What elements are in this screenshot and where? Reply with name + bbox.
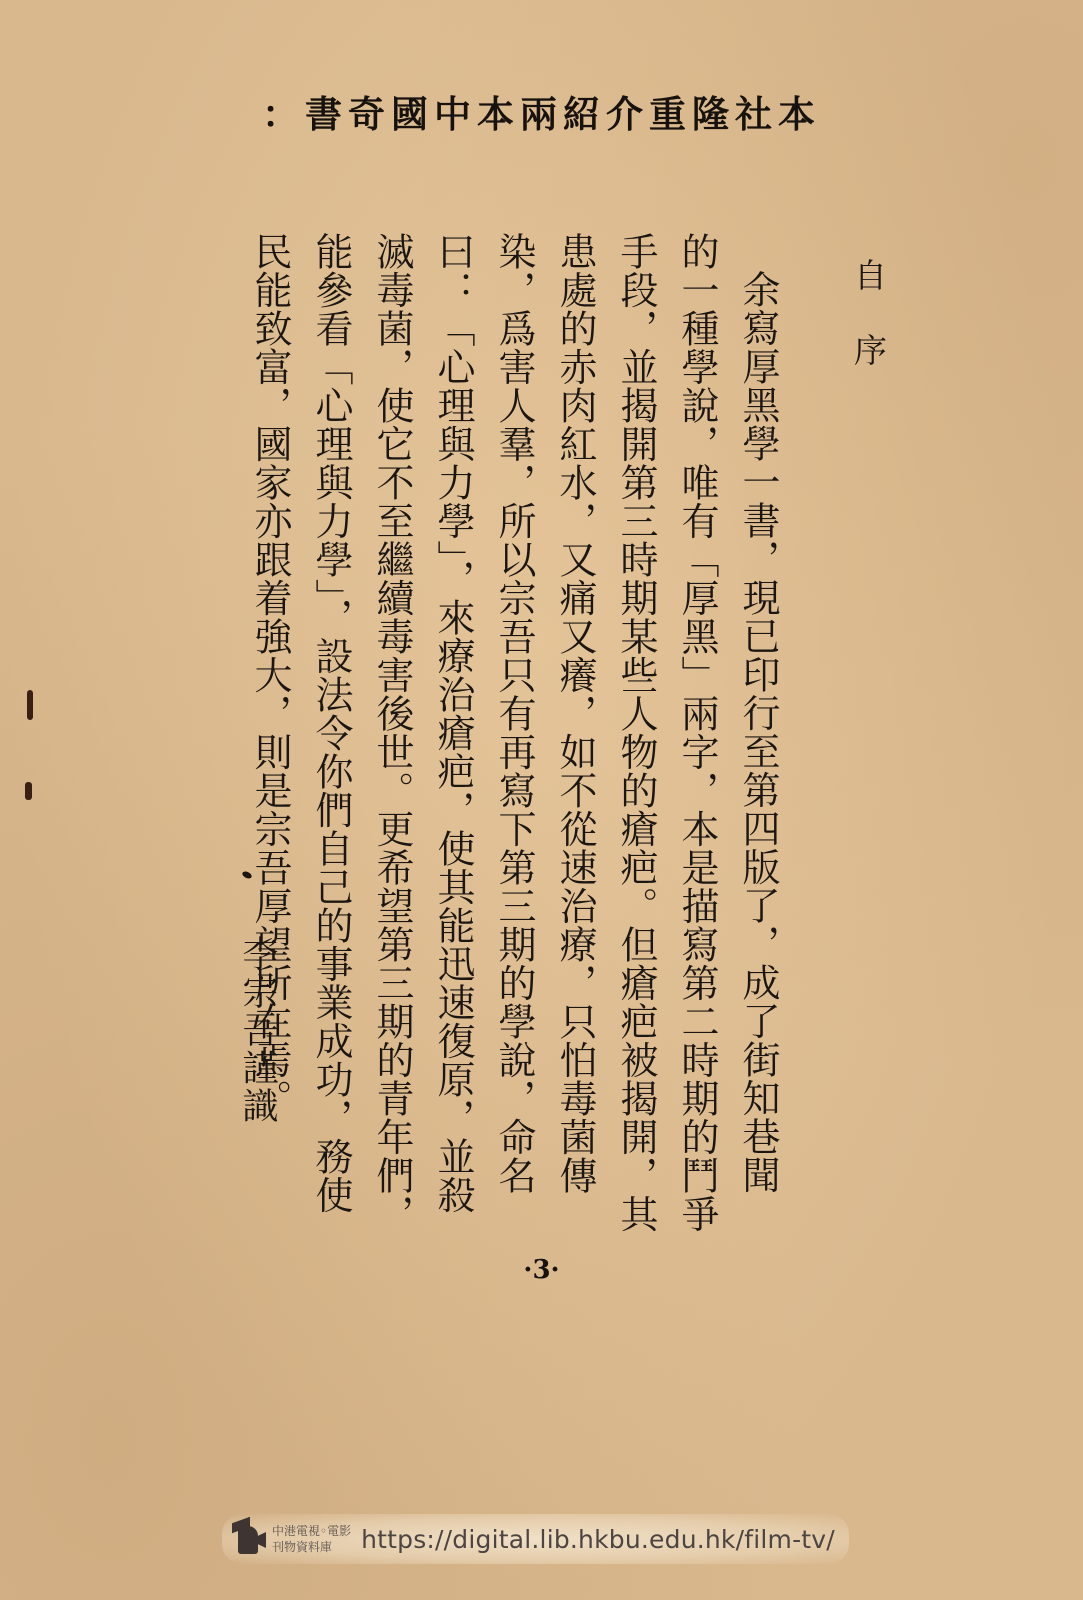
scanned-page: 本社隆重介紹兩本中國奇書： 自序 余寫厚黑學一書，現已印行至第四版了，成了街知巷… (0, 0, 1083, 1600)
text-column: 余寫厚黑學一書，現已印行至第四版了，成了街知巷聞 (727, 232, 788, 1232)
page-header-title: 本社隆重介紹兩本中國奇書： (0, 84, 1083, 138)
text-column: 滅毒菌，使它不至繼續毒害後世。更希望第三期的青年們， (361, 232, 422, 1232)
text-column: 能參看「心理與力學」，設法令你們自己的事業成功，務使 (300, 232, 361, 1232)
text-column: 手段，並揭開第三時期某些人物的瘡疤。但瘡疤被揭開，其 (605, 232, 666, 1232)
film-camera-icon (232, 1518, 266, 1560)
text-column: 曰：「心理與力學」，來療治瘡疤，使其能迅速復原，並殺 (422, 232, 483, 1232)
watermark-org-name: 中港電視◦電影 刊物資料庫 (272, 1523, 351, 1555)
binding-staple-mark (27, 690, 33, 720)
text-column: 的一種學說，唯有「厚黑」兩字，本是描寫第二時期的鬥爭 (666, 232, 727, 1232)
watermark-url: https://digital.lib.hkbu.edu.hk/film-tv/ (361, 1525, 835, 1554)
author-signature: 李宗吾謹識 (233, 935, 283, 1125)
binding-staple-mark (25, 782, 32, 800)
watermark-org-line2: 刊物資料庫 (272, 1539, 351, 1555)
watermark-org-line1: 中港電視◦電影 (272, 1523, 351, 1539)
page-number: ·3· (0, 1255, 1083, 1285)
preface-heading: 自序 (842, 258, 892, 408)
preface-body: 余寫厚黑學一書，現已印行至第四版了，成了街知巷聞 的一種學說，唯有「厚黑」兩字，… (239, 232, 788, 1232)
library-watermark: 中港電視◦電影 刊物資料庫 https://digital.lib.hkbu.e… (222, 1514, 849, 1564)
text-column: 染，爲害人羣，所以宗吾只有再寫下第三期的學說，命名 (483, 232, 544, 1232)
text-column: 患處的赤肉紅水，又痛又癢，如不從速治療，只怕毒菌傳 (544, 232, 605, 1232)
